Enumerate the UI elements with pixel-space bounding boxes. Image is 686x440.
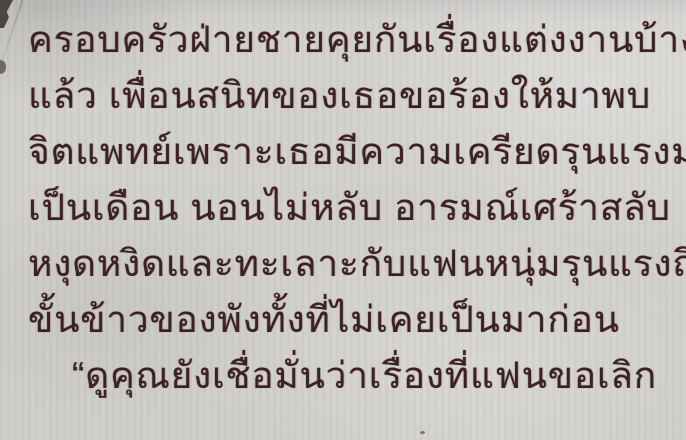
text-line: ขั้นข้าวของพังทั้งที่ไม่เคยเป็นมาก่อน xyxy=(28,292,670,348)
text-line: แล้ว เพื่อนสนิทของเธอขอร้องให้มาพบ xyxy=(28,68,670,124)
text-line-paragraph-start: “ดูคุณยังเชื่อมั่นว่าเรื่องที่แฟนขอเลิก xyxy=(28,348,670,404)
text-line: ครอบครัวฝ่ายชายคุยกันเรื่องแต่งงานบ้าง xyxy=(28,12,670,68)
text-line: จิตแพทย์เพราะเธอมีความเครียดรุนแรงมา xyxy=(28,124,670,180)
text-line: เป็นเดือน นอนไม่หลับ อารมณ์เศร้าสลับ xyxy=(28,180,670,236)
article-text-column: ครอบครัวฝ่ายชายคุยกันเรื่องแต่งงานบ้าง แ… xyxy=(28,12,670,404)
newspaper-scan-page: { "colors": { "paper": "#d2d0cd", "ink":… xyxy=(0,0,686,440)
ink-speck xyxy=(420,431,425,434)
text-line: หงุดหงิดและทะเลาะกับแฟนหนุ่มรุนแรงถึง xyxy=(28,236,670,292)
